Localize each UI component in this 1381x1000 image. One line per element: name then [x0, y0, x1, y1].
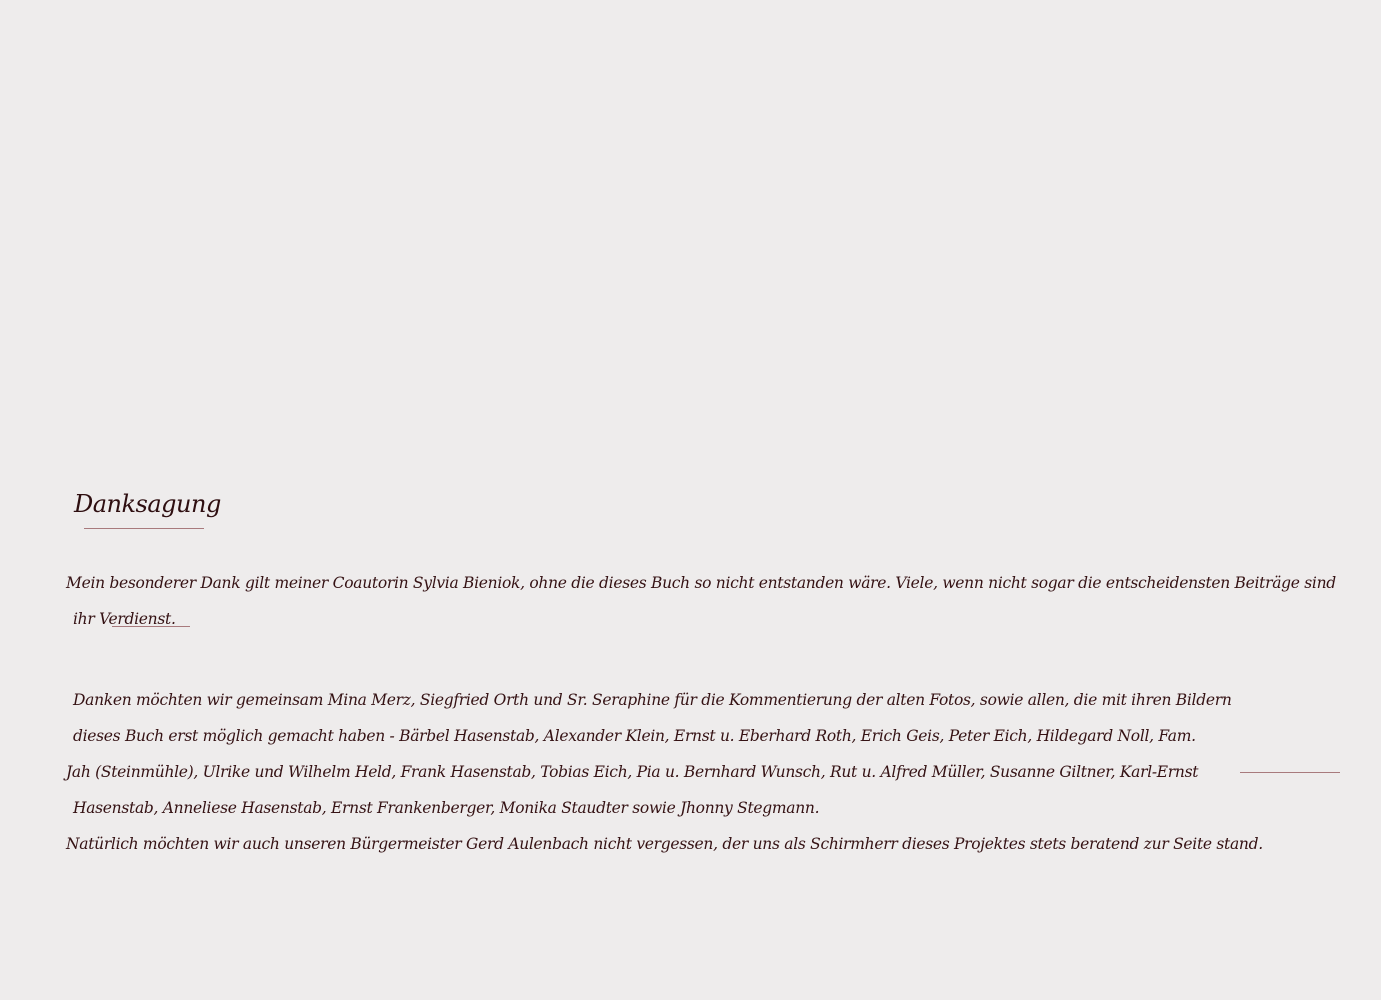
text-line: Natürlich möchten wir auch unseren Bürge… — [66, 826, 1346, 862]
decorative-flourish — [1240, 772, 1340, 773]
text-line: dieses Buch erst möglich gemacht haben -… — [66, 718, 1346, 754]
text-line: Hasenstab, Anneliese Hasenstab, Ernst Fr… — [66, 790, 1346, 826]
text-line: ihr Verdienst. — [66, 601, 1346, 637]
decorative-flourish — [112, 626, 190, 627]
decorative-flourish — [84, 528, 204, 529]
text-line: Danken möchten wir gemeinsam Mina Merz, … — [66, 682, 1346, 718]
paragraph-coauthor-thanks: Mein besonderer Dank gilt meiner Coautor… — [66, 565, 1346, 637]
text-line: Mein besonderer Dank gilt meiner Coautor… — [66, 565, 1346, 601]
paragraph-contributors-thanks: Danken möchten wir gemeinsam Mina Merz, … — [66, 682, 1346, 862]
text-line: Jah (Steinmühle), Ulrike und Wilhelm Hel… — [66, 754, 1346, 790]
page-title: Danksagung — [74, 490, 221, 518]
document-page: Danksagung Mein besonderer Dank gilt mei… — [0, 0, 1381, 1000]
